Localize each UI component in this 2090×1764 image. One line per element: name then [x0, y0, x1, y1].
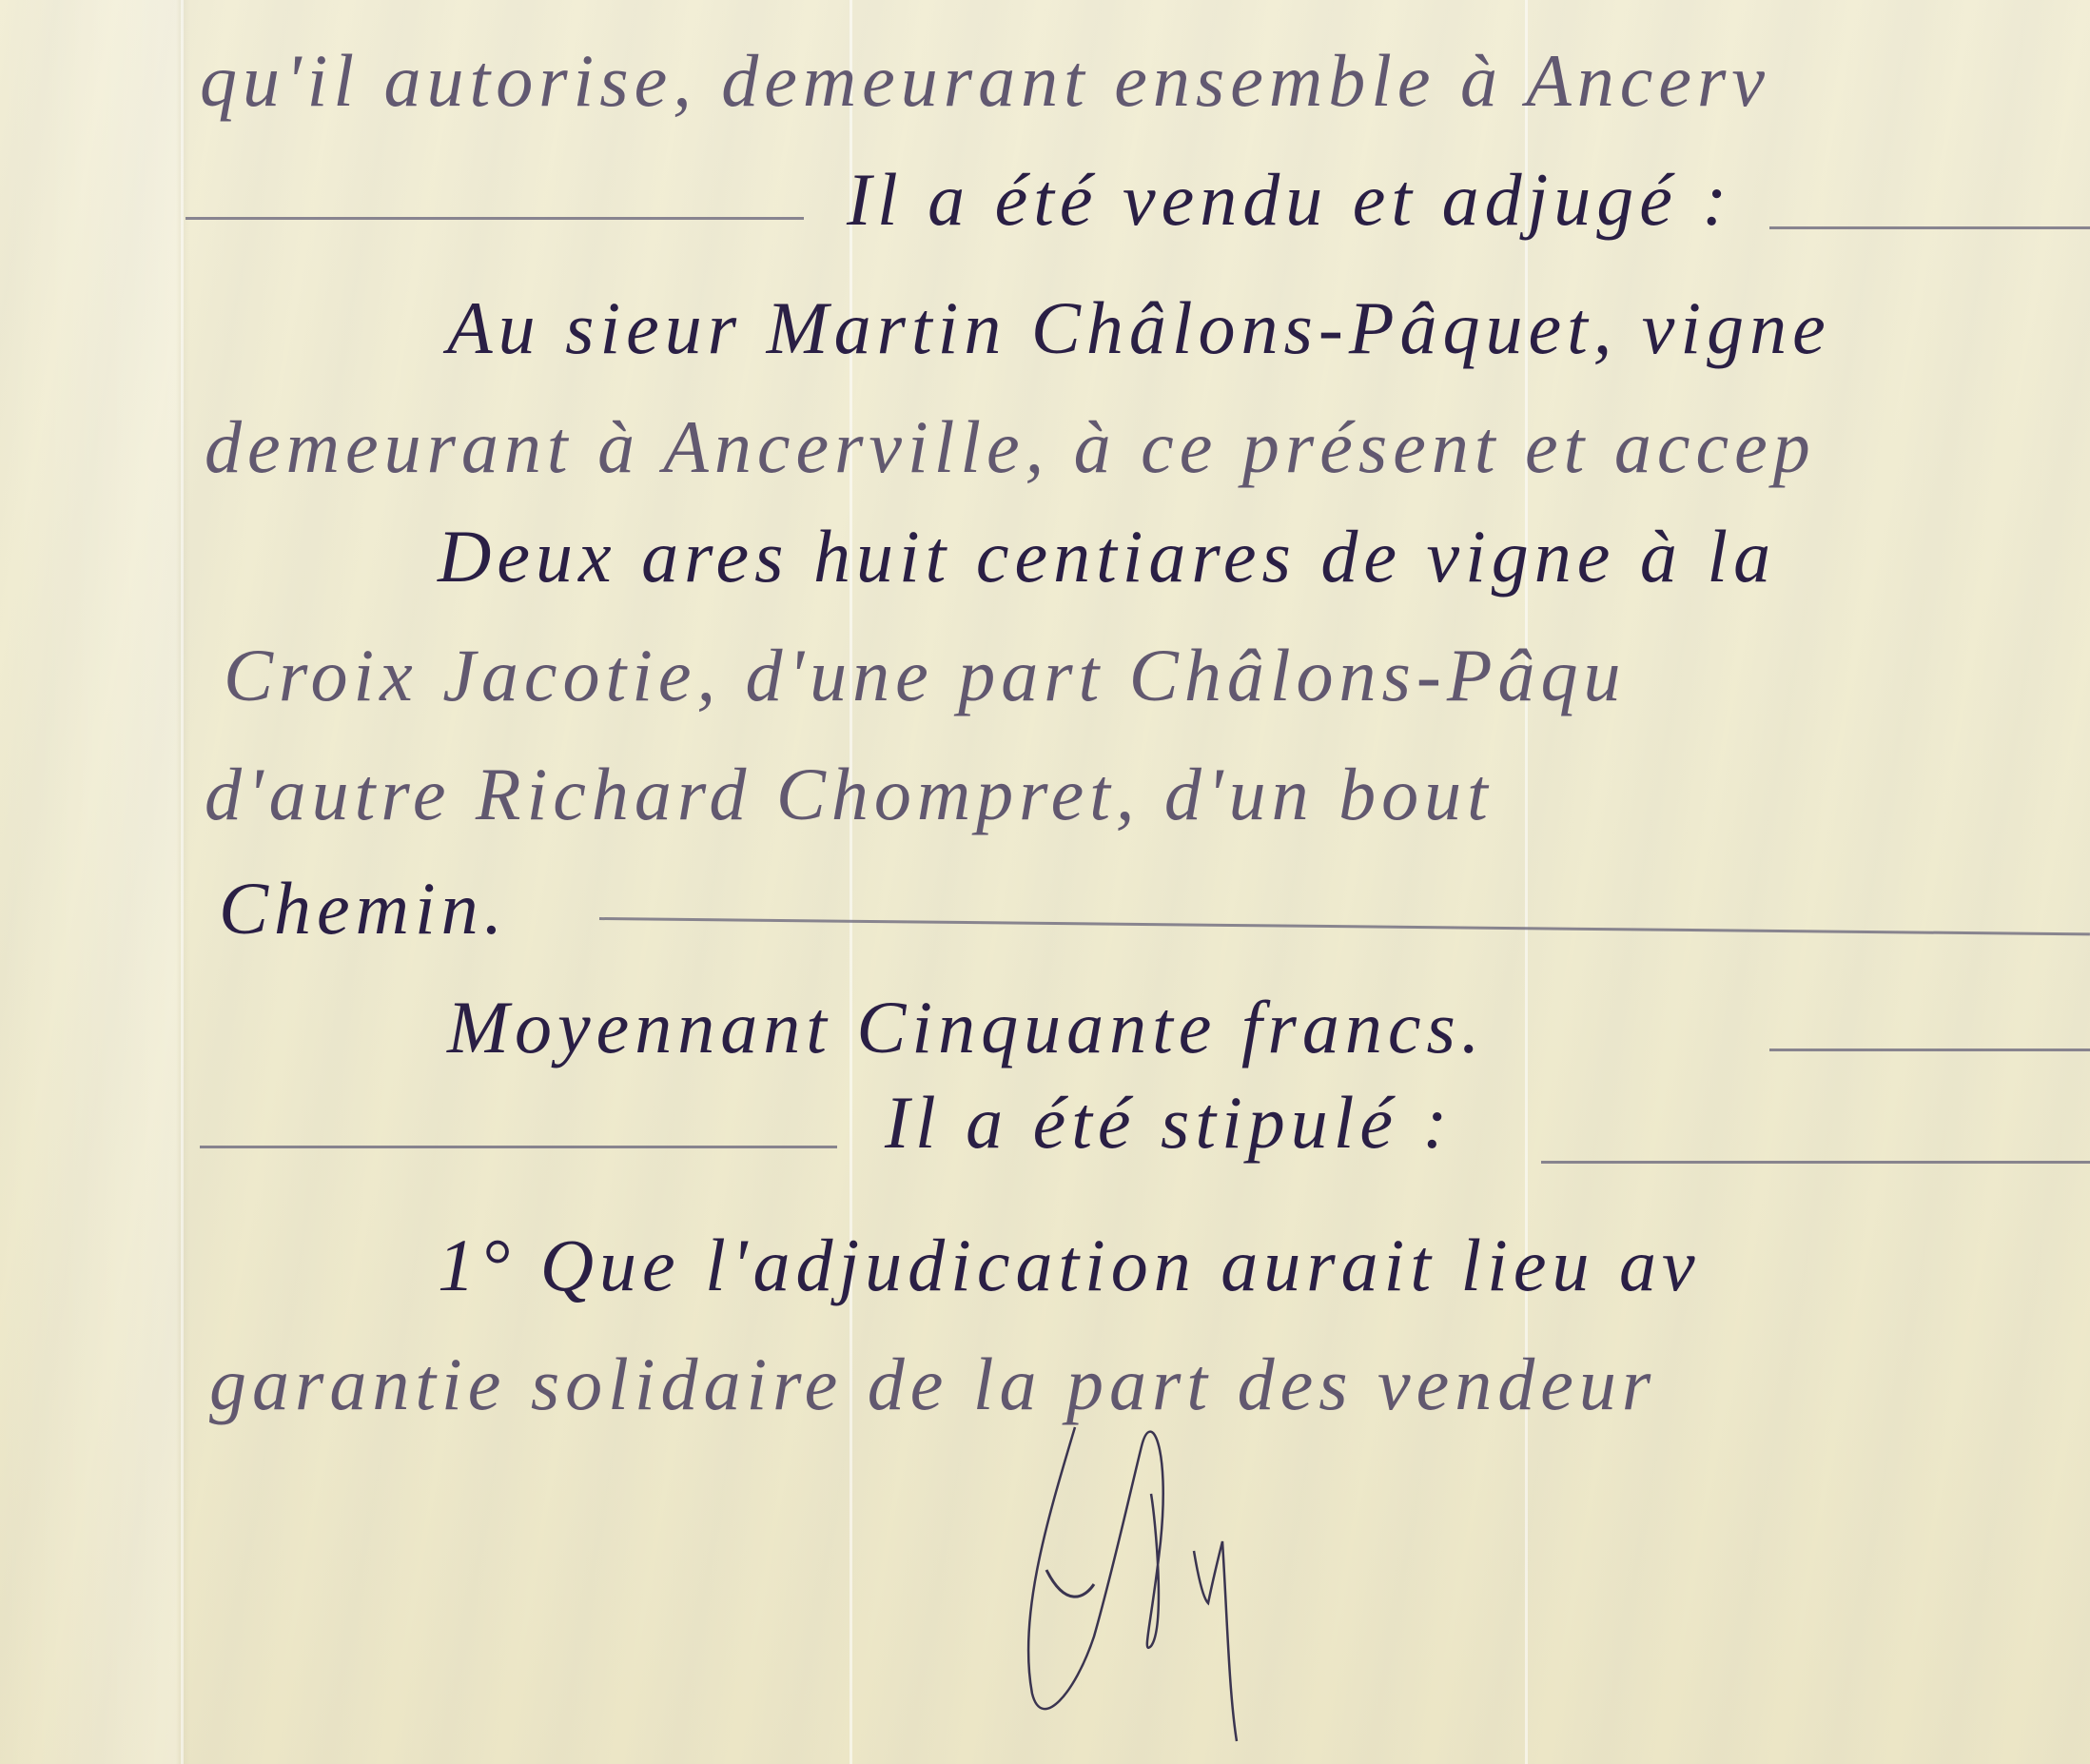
text-line-6: Croix Jacotie, d'une part Châlons-Pâqu	[224, 633, 2090, 718]
document-page: qu'il autorise, demeurant ensemble à Anc…	[0, 0, 2090, 1764]
rule-right-2	[1541, 1161, 2090, 1164]
text-line-5: Deux ares huit centiares de vigne à la	[438, 514, 2090, 599]
heading-vendu: Il a été vendu et adjugé :	[847, 157, 2090, 243]
text-line-1: qu'il autorise, demeurant ensemble à Anc…	[200, 38, 2090, 124]
rule-right	[1769, 226, 2090, 229]
rule-left-2	[200, 1146, 837, 1148]
text-line-9: Moyennant Cinquante francs.	[447, 985, 2090, 1070]
text-line-7: d'autre Richard Chompret, d'un bout	[205, 752, 2090, 837]
text-line-4: demeurant à Ancerville, à ce présent et …	[205, 404, 2090, 490]
rule-francs	[1769, 1049, 2090, 1051]
paper-fold	[181, 0, 184, 1764]
text-line-11: 1° Que l'adjudication aurait lieu av	[438, 1223, 2090, 1308]
text-line-8: Chemin.	[219, 866, 2090, 951]
rule-left	[186, 217, 804, 220]
heading-stipule: Il a été stipulé :	[885, 1080, 2090, 1166]
text-line-3: Au sieur Martin Châlons-Pâquet, vigne	[447, 285, 2090, 371]
signature-flourish-icon	[1008, 1408, 1322, 1751]
